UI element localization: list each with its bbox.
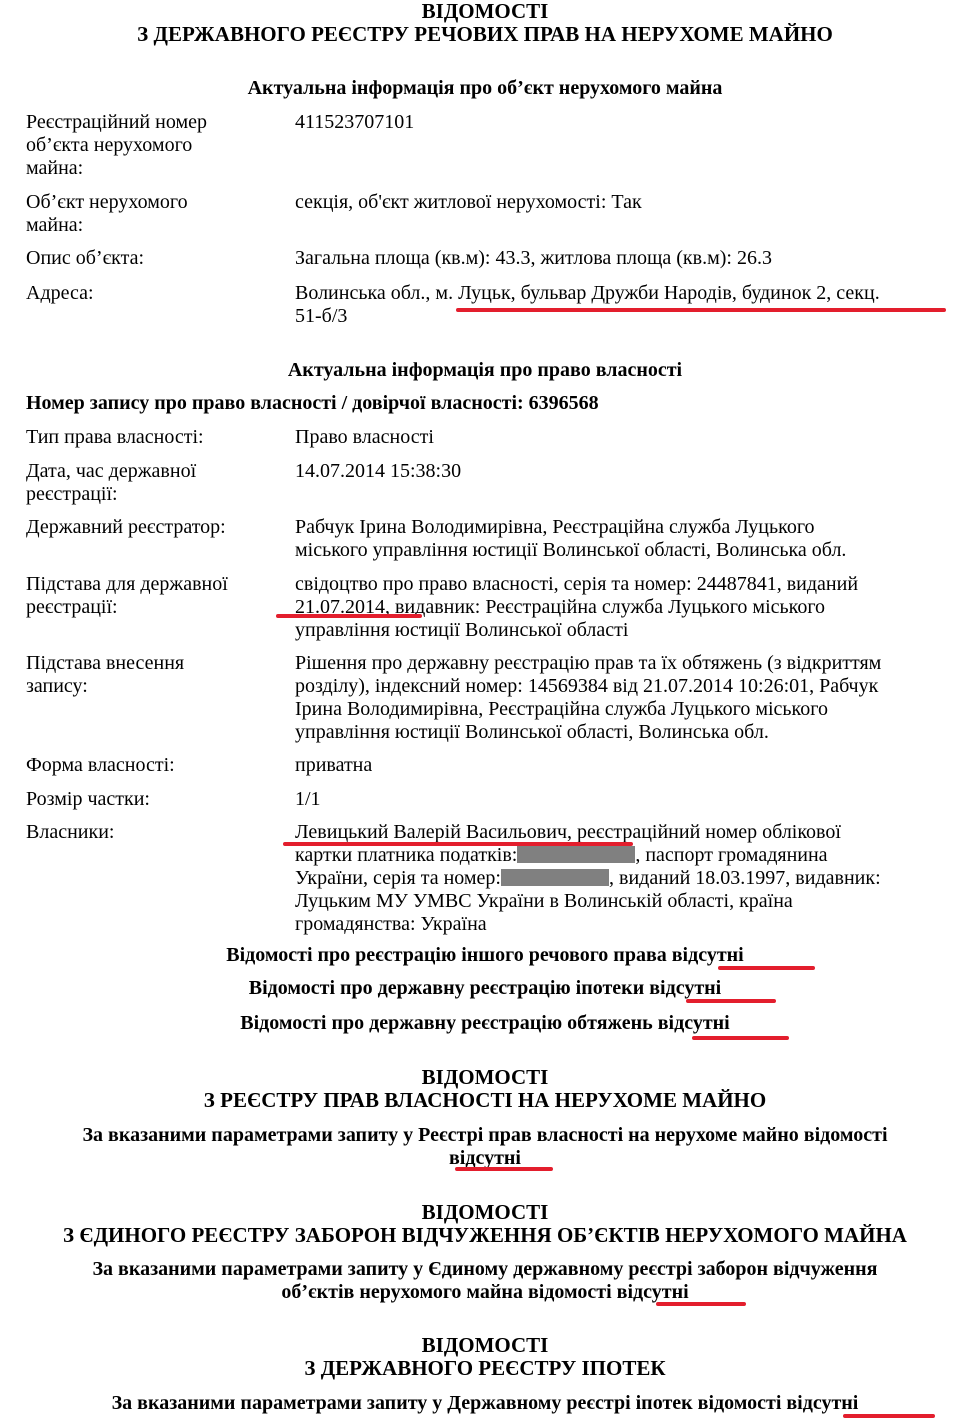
absence-note-mortgage: Відомості про державну реєстрацію іпотек… xyxy=(0,977,970,1000)
field-label: Реєстраційний номер об’єкта нерухомого м… xyxy=(26,111,246,180)
document-title: ВІДОМОСТІ З ДЕРЖАВНОГО РЕЄСТРУ РЕЧОВИХ П… xyxy=(0,0,970,46)
field-value: Загальна площа (кв.м): 43.3, житлова пло… xyxy=(295,247,970,270)
annotation-underline xyxy=(843,1414,935,1418)
field-value: Рабчук Ірина Володимирівна, Реєстраційна… xyxy=(295,516,970,562)
value-line: розділу), індексний номер: 14569384 від … xyxy=(295,675,970,698)
field-value: Право власності xyxy=(295,426,970,449)
field-value: 14.07.2014 15:38:30 xyxy=(295,460,970,483)
prohibitions-registry-note: За вказаними параметрами запиту у Єдином… xyxy=(0,1258,970,1304)
label-line: запису: xyxy=(26,675,286,698)
field-label: Підстава для державної реєстрації: xyxy=(26,573,286,619)
value-text: , паспорт громадянина xyxy=(635,844,827,866)
field-value: секція, об'єкт житлової нерухомості: Так xyxy=(295,191,970,214)
field-value: Левицький Валерій Васильович, реєстрацій… xyxy=(295,821,970,936)
ownership-section-heading: Актуальна інформація про право власності xyxy=(0,359,970,382)
annotation-underline xyxy=(692,1036,789,1040)
annotation-underline xyxy=(276,614,422,618)
value-line: міського управління юстиції Волинської о… xyxy=(295,539,970,562)
field-value: 1/1 xyxy=(295,788,970,811)
title-line-1: ВІДОМОСТІ xyxy=(0,1201,970,1224)
title-line-1: ВІДОМОСТІ xyxy=(0,0,970,23)
redacted-tax-id xyxy=(517,846,635,863)
annotation-underline xyxy=(656,1302,746,1306)
redacted-passport-number xyxy=(501,869,609,886)
field-label: Дата, час державної реєстрації: xyxy=(26,460,286,506)
annotation-underline xyxy=(455,1167,553,1171)
note-line: За вказаними параметрами запиту у Реєстр… xyxy=(0,1124,970,1147)
value-text: , виданий 18.03.1997, видавник: xyxy=(609,867,881,889)
title-line-2: З ДЕРЖАВНОГО РЕЄСТРУ РЕЧОВИХ ПРАВ НА НЕР… xyxy=(0,23,970,46)
value-line: Рішення про державну реєстрацію прав та … xyxy=(295,652,970,675)
rights-registry-title: ВІДОМОСТІ З РЕЄСТРУ ПРАВ ВЛАСНОСТІ НА НЕ… xyxy=(0,1066,970,1112)
field-label: Тип права власності: xyxy=(26,426,286,449)
value-line: Рабчук Ірина Володимирівна, Реєстраційна… xyxy=(295,516,970,539)
value-line: громадянства: Україна xyxy=(295,913,970,936)
field-label: Адреса: xyxy=(26,282,286,305)
note-line: об’єктів нерухомого майна відомості відс… xyxy=(0,1281,970,1304)
address-line-1: Волинська обл., м. Луцьк, бульвар Дружби… xyxy=(295,282,970,305)
title-line-2: З ЄДИНОГО РЕЄСТРУ ЗАБОРОН ВІДЧУЖЕННЯ ОБ’… xyxy=(0,1224,970,1247)
note-line: За вказаними параметрами запиту у Єдином… xyxy=(0,1258,970,1281)
title-line-1: ВІДОМОСТІ xyxy=(0,1066,970,1089)
annotation-underline xyxy=(718,966,815,970)
title-line-1: ВІДОМОСТІ xyxy=(0,1334,970,1357)
label-line: Дата, час державної xyxy=(26,460,286,483)
value-line: України, серія та номер:, виданий 18.03.… xyxy=(295,867,970,890)
title-line-2: З ДЕРЖАВНОГО РЕЄСТРУ ІПОТЕК xyxy=(0,1357,970,1380)
label-line: Підстава для державної xyxy=(26,573,286,596)
field-value: Рішення про державну реєстрацію прав та … xyxy=(295,652,970,744)
annotation-underline xyxy=(283,842,633,846)
record-number-line: Номер запису про право власності / довір… xyxy=(26,392,599,415)
label-line: реєстрації: xyxy=(26,596,286,619)
field-label: Розмір частки: xyxy=(26,788,286,811)
value-line: Левицький Валерій Васильович, реєстрацій… xyxy=(295,821,970,844)
prohibitions-registry-title: ВІДОМОСТІ З ЄДИНОГО РЕЄСТРУ ЗАБОРОН ВІДЧ… xyxy=(0,1201,970,1247)
value-line: картки платника податків:, паспорт грома… xyxy=(295,844,970,867)
label-line: Підстава внесення xyxy=(26,652,286,675)
value-line: свідоцтво про право власності, серія та … xyxy=(295,573,970,596)
field-value: приватна xyxy=(295,754,970,777)
field-label: Опис об’єкта: xyxy=(26,247,286,270)
value-line: управління юстиції Волинської області xyxy=(295,619,970,642)
field-label: Державний реєстратор: xyxy=(26,516,286,539)
field-label: Об’єкт нерухомого майна: xyxy=(26,191,226,237)
value-line: Ірина Володимирівна, Реєстраційна служба… xyxy=(295,698,970,721)
rights-registry-note: За вказаними параметрами запиту у Реєстр… xyxy=(0,1124,970,1170)
field-value: 411523707101 xyxy=(295,111,970,134)
absence-note-other-right: Відомості про реєстрацію іншого речового… xyxy=(0,944,970,967)
mortgage-registry-title: ВІДОМОСТІ З ДЕРЖАВНОГО РЕЄСТРУ ІПОТЕК xyxy=(0,1334,970,1380)
field-label: Підстава внесення запису: xyxy=(26,652,286,698)
field-label: Форма власності: xyxy=(26,754,286,777)
mortgage-registry-note: За вказаними параметрами запиту у Держав… xyxy=(0,1392,970,1415)
field-label: Власники: xyxy=(26,821,286,844)
field-value: Волинська обл., м. Луцьк, бульвар Дружби… xyxy=(295,282,970,328)
title-line-2: З РЕЄСТРУ ПРАВ ВЛАСНОСТІ НА НЕРУХОМЕ МАЙ… xyxy=(0,1089,970,1112)
tax-id-label: картки платника податків: xyxy=(295,844,517,866)
object-section-heading: Актуальна інформація про об’єкт нерухомо… xyxy=(0,77,970,100)
absence-note-encumbrance: Відомості про державну реєстрацію обтяже… xyxy=(0,1012,970,1035)
annotation-underline xyxy=(456,308,946,312)
value-line: Луцьким МУ УМВС України в Волинській обл… xyxy=(295,890,970,913)
passport-label: України, серія та номер: xyxy=(295,867,501,889)
annotation-underline xyxy=(686,999,776,1003)
label-line: реєстрації: xyxy=(26,483,286,506)
field-value: свідоцтво про право власності, серія та … xyxy=(295,573,970,642)
value-line: управління юстиції Волинської області, В… xyxy=(295,721,970,744)
